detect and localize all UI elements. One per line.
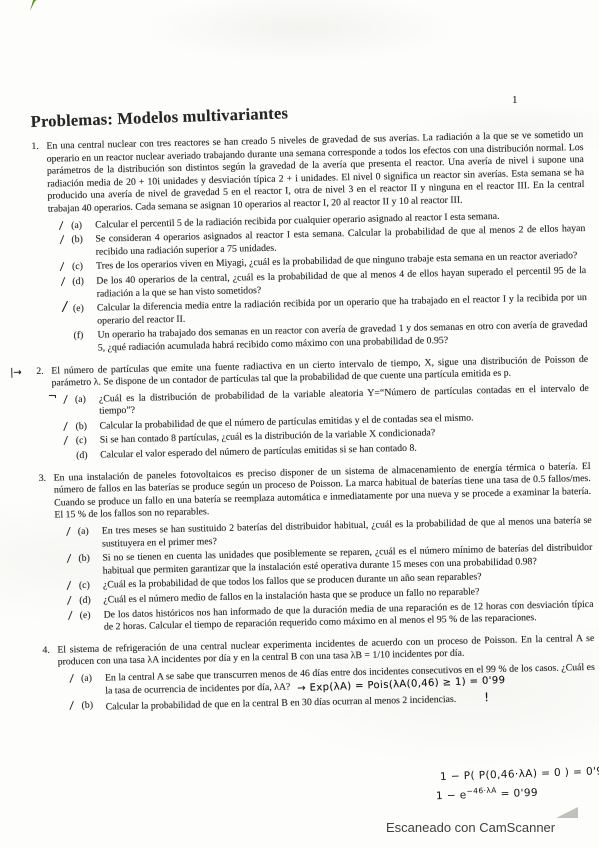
item-label: (a) (75, 393, 100, 419)
camscanner-watermark: Escaneado con CamScanner (386, 820, 555, 835)
pen-exclamation-mark: ! (484, 691, 489, 704)
check-mark-icon: / (68, 673, 82, 699)
check-mark-icon (61, 330, 75, 356)
check-mark-icon: / (69, 700, 82, 716)
check-mark-icon: / (59, 234, 73, 260)
item-text-print: Calcular la probabilidad de que en la ce… (106, 694, 457, 713)
item-label: (d) (72, 276, 97, 302)
item-label: (f) (73, 330, 98, 356)
check-mark-icon: / (59, 276, 73, 302)
check-mark-icon: / (67, 609, 81, 635)
check-mark-icon: / (67, 595, 80, 609)
check-mark-icon: / (63, 435, 76, 449)
problem-1: 1. En una central nuclear con tres react… (31, 129, 588, 356)
problem-number: 4. (42, 644, 58, 674)
item-label: (e) (73, 303, 98, 329)
problem-4: 4. El sistema de refrigeración de una ce… (42, 633, 595, 716)
item-label: (a) (71, 219, 95, 232)
check-mark-icon: / (65, 526, 79, 552)
document-title: Problemas: Modelos multivariantes (30, 93, 582, 132)
item-label: (b) (75, 421, 99, 434)
handwritten-formula-line-2: 1 − e−46·λA = 0'99 (436, 784, 538, 802)
item-label: (d) (76, 450, 100, 463)
pen-arrow-mark: ∣→ (9, 367, 21, 380)
formula-exponent: −46·λA (466, 786, 496, 796)
handwritten-formula-line-1: 1 − P( P(0,46·λA) = 0 ) = 0'99 (440, 765, 599, 783)
scanned-document-page: 1 Problemas: Modelos multivariantes 1. E… (0, 0, 599, 848)
item-label: (e) (80, 609, 105, 635)
check-mark-icon: / (67, 580, 80, 594)
item-label: (a) (81, 673, 106, 699)
green-pen-mark-icon (26, 0, 44, 13)
check-mark-icon: / (63, 421, 76, 435)
item-label: (d) (79, 595, 103, 608)
item-label: (c) (72, 261, 96, 274)
problem-number: 1. (31, 141, 48, 221)
item-label: (b) (78, 553, 103, 579)
formula-rest: = 0'99 (497, 787, 539, 800)
scan-corner-artifact (556, 807, 578, 818)
document-body: Problemas: Modelos multivariantes 1. En … (31, 100, 596, 725)
check-mark-icon: / (66, 553, 80, 579)
pen-corner-mark: ¬ (48, 390, 57, 403)
problem-intro: En una instalación de paneles fotovoltai… (54, 461, 592, 523)
check-mark-icon (64, 450, 77, 464)
item-label: (a) (78, 526, 103, 552)
formula-base: 1 − e (436, 789, 467, 802)
check-mark-icon: / (59, 219, 72, 233)
item-label: (c) (79, 580, 103, 593)
problem-number: 3. (39, 472, 55, 527)
problem-3: 3. En una instalación de paneles fotovol… (39, 461, 594, 636)
check-mark-icon: / (62, 394, 76, 420)
item-label: (b) (71, 234, 96, 260)
item-label: (c) (76, 435, 100, 448)
check-mark-icon: / (60, 261, 73, 275)
item-label: (b) (81, 700, 105, 715)
problem-2: ∣→ 2. El número de partículas que emite … (36, 353, 590, 463)
problem-intro: En una central nuclear con tres reactore… (46, 129, 585, 216)
